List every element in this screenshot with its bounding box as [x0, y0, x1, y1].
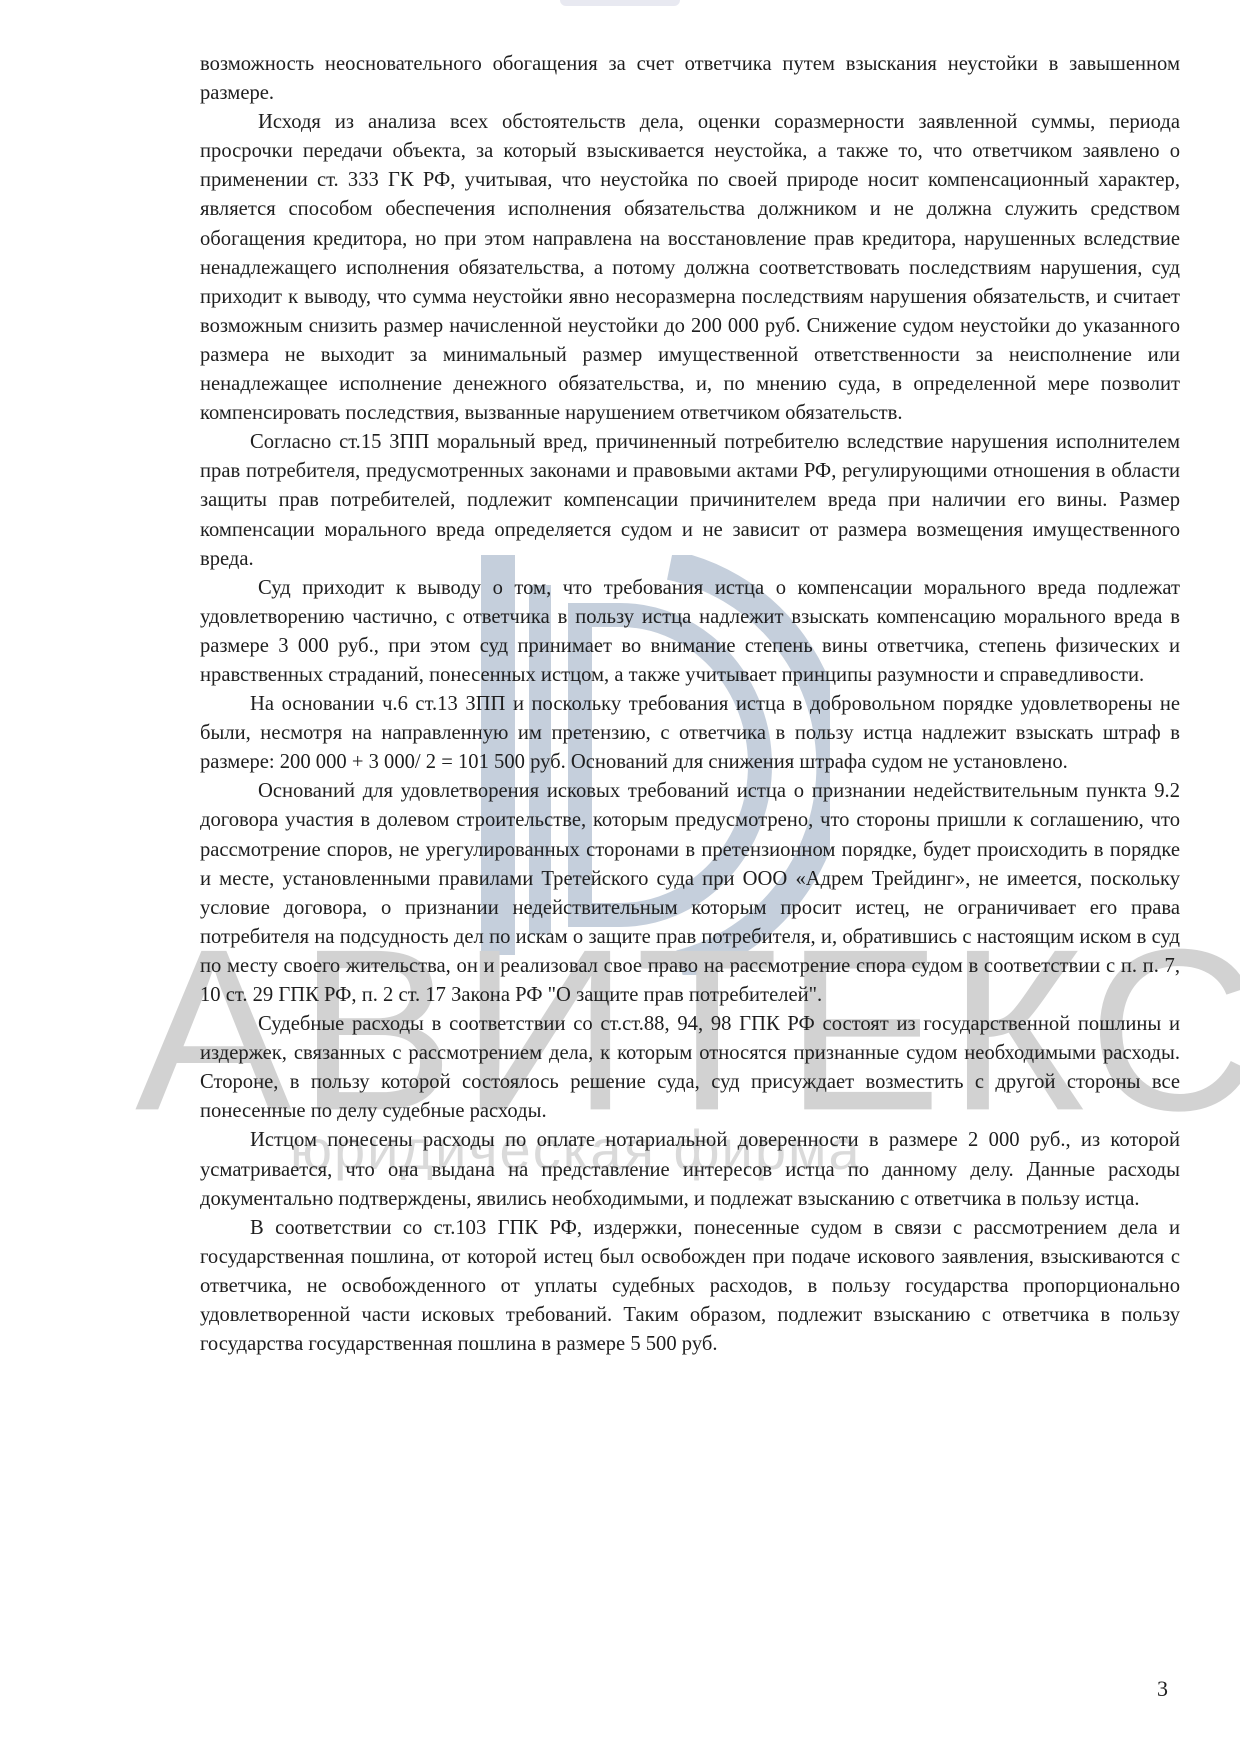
paragraph-arbitration-clause: Оснований для удовлетворения исковых тре… — [200, 777, 1180, 1010]
paragraph-continuation: возможность неосновательного обогащения … — [200, 50, 1180, 108]
paragraph-moral-damage-award: Суд приходит к выводу о том, что требова… — [200, 574, 1180, 690]
document-body: возможность неосновательного обогащения … — [200, 50, 1180, 1359]
paragraph-notary-costs: Истцом понесены расходы по оплате нотари… — [200, 1126, 1180, 1213]
page-number: 3 — [1157, 1676, 1168, 1702]
paragraph-fine: На основании ч.6 ст.13 ЗПП и поскольку т… — [200, 690, 1180, 777]
paragraph-court-costs: Судебные расходы в соответствии со ст.ст… — [200, 1010, 1180, 1126]
paragraph-moral-damage-law: Согласно ст.15 ЗПП моральный вред, причи… — [200, 428, 1180, 573]
scan-artifact — [560, 0, 680, 6]
paragraph-penalty-reduction: Исходя из анализа всех обстоятельств дел… — [200, 108, 1180, 428]
paragraph-state-duty: В соответствии со ст.103 ГПК РФ, издержк… — [200, 1214, 1180, 1359]
